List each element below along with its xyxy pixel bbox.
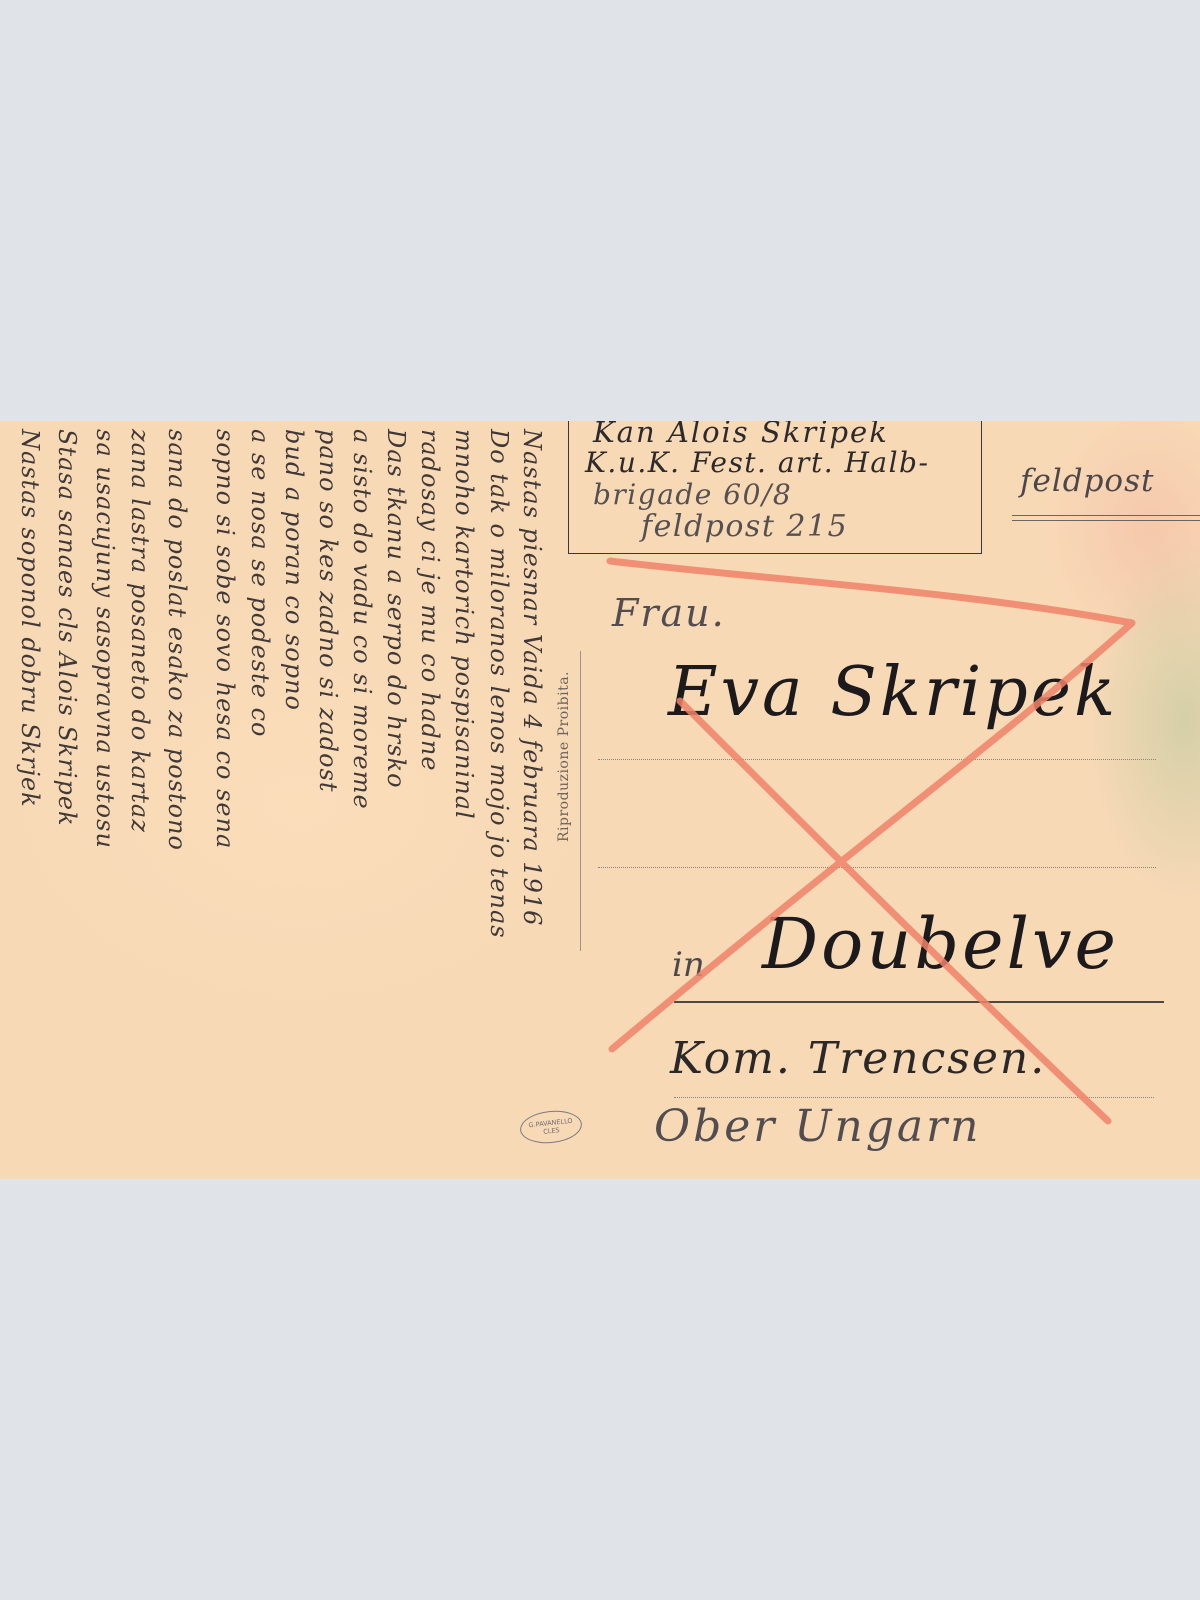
sender-feldpost: feldpost 215 [641, 509, 848, 544]
postcard: Nastas piesnar Vaida 4 februara 1916 Do … [0, 421, 1200, 1179]
feldpost-mark: feldpost [1020, 463, 1154, 499]
recipient-country: Ober Ungarn [654, 1101, 982, 1152]
center-divider [580, 651, 581, 951]
recipient-town-prefix: in [672, 945, 705, 985]
message-line: bud a poran co sopno [282, 429, 306, 711]
handwritten-message: Nastas piesnar Vaida 4 februara 1916 Do … [0, 421, 560, 1179]
sender-name: Kan Alois Skripek [593, 421, 889, 449]
recipient-name: Eva Skripek [668, 653, 1118, 732]
message-line: radosay ci je mu co hadne [418, 429, 442, 772]
recipient-salutation: Frau. [612, 591, 726, 635]
recipient-town: Doubelve [762, 903, 1119, 985]
sender-box: Kan Alois Skripek K.u.K. Fest. art. Halb… [568, 421, 982, 554]
address-line [598, 759, 1156, 760]
message-line: sa usacujuny sasopravna ustosu [93, 429, 117, 849]
message-line: sana do poslat esako za postono [165, 429, 189, 851]
address-line [598, 867, 1156, 868]
message-line: Das tkanu a serpo do hrsko [384, 429, 408, 789]
message-line: a sisto do vadu co si moreme [350, 429, 374, 810]
reproduction-notice: Riproduzione Proibita. [556, 671, 572, 842]
message-line: Do tak o miloranos lenos mojo jo tenas [487, 429, 511, 939]
sender-brigade: brigade 60/8 [593, 478, 792, 511]
message-line: mnoho kartorich pospisaninal [452, 429, 476, 820]
message-line: a se nosa se podeste co [248, 429, 272, 737]
message-line: Nastas piesnar Vaida 4 februara 1916 [520, 429, 544, 926]
sender-unit: K.u.K. Fest. art. Halb- [585, 446, 929, 479]
feldpost-underline [1012, 515, 1200, 521]
recipient-county: Kom. Trencsen. [670, 1033, 1046, 1084]
address-underline [674, 1001, 1164, 1003]
message-line: Stasa sanaes cls Alois Skripek [55, 429, 79, 827]
message-line: pano so kes zadno si zadost [316, 429, 340, 793]
message-line: Nastas soponol dobru Skrjek [18, 429, 42, 808]
publisher-city: CLES [543, 1126, 560, 1136]
address-line [674, 1097, 1154, 1098]
message-line: sopno si sobe sovo hesa co sena [213, 429, 237, 849]
message-line: zana lastra posaneto do kartaz [128, 429, 152, 833]
